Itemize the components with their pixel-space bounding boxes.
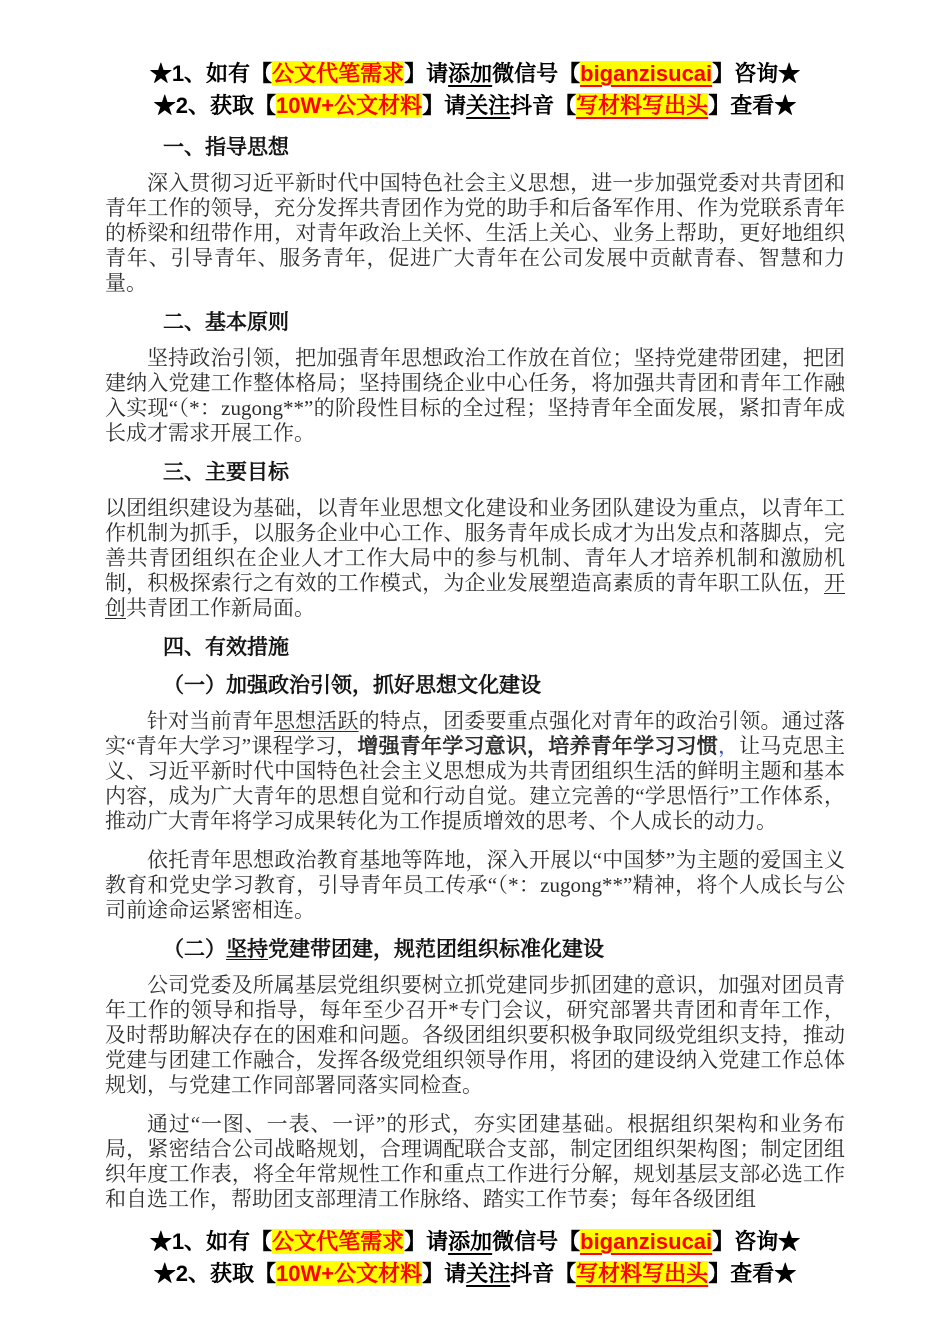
text-run: 三、主要目标 bbox=[163, 461, 289, 484]
text-run: 通过“一图、一表、一评”的形式，夯实团建基础。根据组织架构和业务布局，紧密结合公… bbox=[105, 1112, 845, 1211]
text-run: 深入贯彻习近平新时代中国特色社会主义思想，进一步加强党委对共青团和青年工作的领导… bbox=[105, 171, 845, 295]
highlighted-text: biganzisucai bbox=[580, 1229, 712, 1254]
paragraph-4: 坚持政治引领，把加强青年思想政治工作放在首位；坚持党建带团建，把团建纳入党建工作… bbox=[105, 346, 845, 446]
text-run: 依托青年思想政治教育基地等阵地，深入开展以“中国梦”为主题的爱国主义教育和党史学… bbox=[105, 848, 845, 922]
text-run: 增强青年学习意识，培养青年学习习惯 bbox=[357, 734, 718, 758]
paragraph-10: 依托青年思想政治教育基地等阵地，深入开展以“中国梦”为主题的爱国主义教育和党史学… bbox=[105, 848, 845, 923]
section-heading-1: 一、指导思想 bbox=[105, 135, 845, 160]
text-run: 思想活跃 bbox=[274, 709, 359, 733]
text-run: 】请 bbox=[422, 93, 466, 118]
text-run: 抖音【 bbox=[510, 93, 576, 118]
text-run: 添加 bbox=[448, 61, 492, 86]
highlighted-text: 10W+公文材料 bbox=[276, 93, 422, 118]
text-run: 坚持 bbox=[226, 938, 268, 961]
text-run: （一）加强政治引领，抓好思想文化建设 bbox=[163, 674, 541, 697]
text-run: ★1、如有【 bbox=[150, 1229, 272, 1254]
highlighted-text: biganzisucai bbox=[580, 61, 712, 86]
text-run: 】咨询★ bbox=[712, 1229, 800, 1254]
promo-banner-top-line-2: ★2、获取【10W+公文材料】请关注抖音【写材料写出头】查看★ bbox=[105, 90, 845, 122]
text-run: 】查看★ bbox=[708, 93, 796, 118]
subsection-heading-11: （二）坚持党建带团建，规范团组织标准化建设 bbox=[105, 937, 845, 962]
text-run: 】请 bbox=[404, 61, 448, 86]
subsection-heading-8: （一）加强政治引领，抓好思想文化建设 bbox=[105, 673, 845, 698]
text-run: 】请 bbox=[404, 1229, 448, 1254]
text-run: 】请 bbox=[422, 1261, 466, 1286]
text-run: 一、指导思想 bbox=[163, 136, 289, 159]
text-run: 二、基本原则 bbox=[163, 311, 289, 334]
text-run: ★2、获取【 bbox=[154, 1261, 276, 1286]
text-run: 关注 bbox=[466, 93, 510, 118]
paragraph-9: 针对当前青年思想活跃的特点，团委要重点强化对青年的政治引领。通过落实“青年大学习… bbox=[105, 709, 845, 834]
text-run: 抖音【 bbox=[510, 1261, 576, 1286]
text-run: 】咨询★ bbox=[712, 61, 800, 86]
promo-banner-bottom: ★1、如有【公文代笔需求】请添加微信号【biganzisucai】咨询★ ★2、… bbox=[105, 1226, 845, 1290]
highlighted-text: 公文代笔需求 bbox=[272, 1229, 404, 1254]
promo-banner-bottom-line-2: ★2、获取【10W+公文材料】请关注抖音【写材料写出头】查看★ bbox=[105, 1258, 845, 1290]
text-run: 关注 bbox=[466, 1261, 510, 1286]
text-run: 公司党委及所属基层党组织要树立抓党建同步抓团建的意识，加强对团员青年工作的领导和… bbox=[105, 973, 845, 1097]
section-heading-3: 二、基本原则 bbox=[105, 310, 845, 335]
text-run: 四、有效措施 bbox=[163, 636, 289, 659]
highlighted-text: 10W+公文材料 bbox=[276, 1261, 422, 1286]
highlighted-text: 公文代笔需求 bbox=[272, 61, 404, 86]
text-run: ★2、获取【 bbox=[154, 93, 276, 118]
promo-banner-top-line-1: ★1、如有【公文代笔需求】请添加微信号【biganzisucai】咨询★ bbox=[105, 58, 845, 90]
paragraph-6: 以团组织建设为基础，以青年业思想文化建设和业务团队建设为重点，以青年工作机制为抓… bbox=[105, 496, 845, 621]
paragraph-12: 公司党委及所属基层党组织要树立抓党建同步抓团建的意识，加强对团员青年工作的领导和… bbox=[105, 973, 845, 1098]
text-run: 微信号【 bbox=[492, 1229, 580, 1254]
highlighted-text: 写材料写出头 bbox=[576, 1261, 708, 1286]
text-run: （二） bbox=[163, 938, 226, 961]
text-run: 党建带团建，规范团组织标准化建设 bbox=[268, 938, 604, 961]
highlighted-text: 写材料写出头 bbox=[576, 93, 708, 118]
text-run: 共青团工作新局面。 bbox=[126, 596, 315, 620]
paragraph-13: 通过“一图、一表、一评”的形式，夯实团建基础。根据组织架构和业务布局，紧密结合公… bbox=[105, 1112, 845, 1212]
section-heading-5: 三、主要目标 bbox=[105, 460, 845, 485]
text-run: 】查看★ bbox=[708, 1261, 796, 1286]
text-run: 针对当前青年 bbox=[147, 709, 274, 733]
text-run: 以团组织建设为基础，以青年业思想文化建设和业务团队建设为重点，以青年工作机制为抓… bbox=[105, 496, 845, 595]
text-run: 添加 bbox=[448, 1229, 492, 1254]
text-run: 微信号【 bbox=[492, 61, 580, 86]
promo-banner-bottom-line-1: ★1、如有【公文代笔需求】请添加微信号【biganzisucai】咨询★ bbox=[105, 1226, 845, 1258]
document-body: 一、指导思想深入贯彻习近平新时代中国特色社会主义思想，进一步加强党委对共青团和青… bbox=[105, 122, 845, 1226]
text-run: ， bbox=[718, 734, 739, 758]
paragraph-2: 深入贯彻习近平新时代中国特色社会主义思想，进一步加强党委对共青团和青年工作的领导… bbox=[105, 171, 845, 296]
promo-banner-top: ★1、如有【公文代笔需求】请添加微信号【biganzisucai】咨询★ ★2、… bbox=[105, 58, 845, 122]
text-run: ★1、如有【 bbox=[150, 61, 272, 86]
section-heading-7: 四、有效措施 bbox=[105, 635, 845, 660]
document-page: ★1、如有【公文代笔需求】请添加微信号【biganzisucai】咨询★ ★2、… bbox=[0, 0, 950, 1344]
text-run: 坚持政治引领，把加强青年思想政治工作放在首位；坚持党建带团建，把团建纳入党建工作… bbox=[105, 346, 845, 445]
